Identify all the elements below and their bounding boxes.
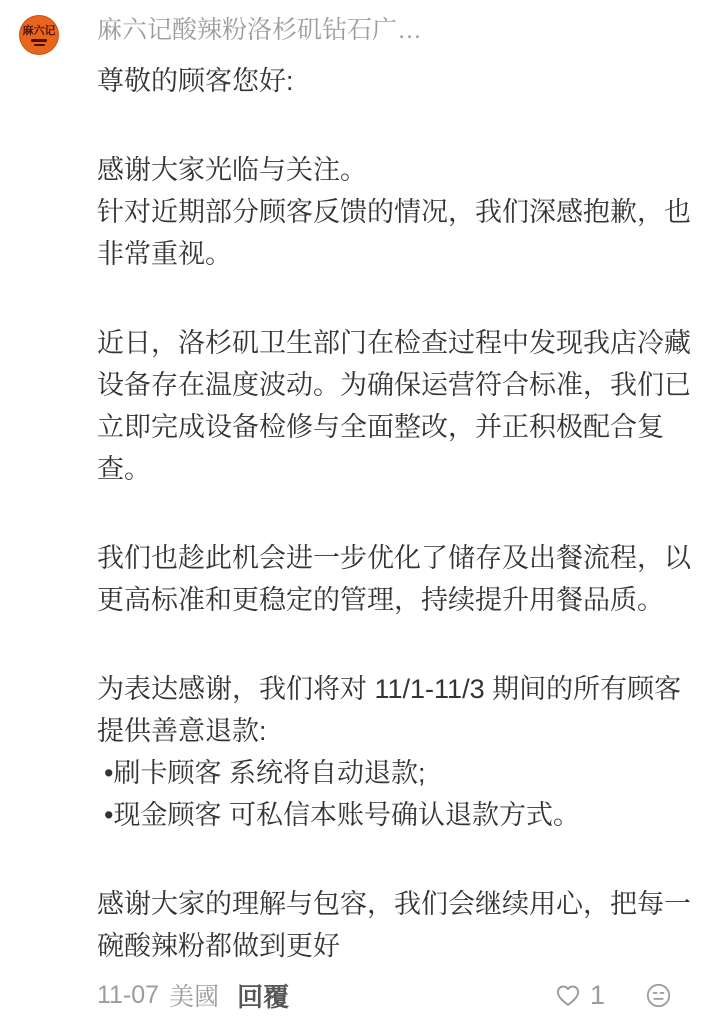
comment-text-line: 碗酸辣粉都做到更好 xyxy=(97,925,684,967)
paragraph: 为表达感谢，我们将对 11/1-11/3 期间的所有顾客 提供善意退款: •刷卡… xyxy=(97,668,684,836)
comment-text-line: 针对近期部分顾客反馈的情况，我们深感抱歉，也 xyxy=(97,191,684,233)
comment-text-line: 查。 xyxy=(97,448,684,490)
heart-outline-icon xyxy=(554,982,582,1009)
avatar-logo-text: 麻六记 xyxy=(23,25,56,37)
paragraph: 感谢大家的理解与包容，我们会继续用心，把每一 碗酸辣粉都做到更好 xyxy=(97,883,684,967)
comment-date: 11-07 xyxy=(97,981,159,1010)
comment-text-line: 为表达感谢，我们将对 11/1-11/3 期间的所有顾客 xyxy=(97,668,684,710)
comment-text-line: 近日，洛杉矶卫生部门在检查过程中发现我店冷藏 xyxy=(97,322,684,364)
comment-actions: 1 xyxy=(554,980,672,1011)
author-name[interactable]: 麻六记酸辣粉洛杉矶钻石广… xyxy=(97,15,684,45)
comment-text-line: 非常重视。 xyxy=(97,233,684,275)
comment-footer: 11-07 美國 回覆 1 xyxy=(97,978,684,1012)
comment-text-line: 提供善意退款: xyxy=(97,710,684,752)
avatar-logo-decoration xyxy=(31,39,47,42)
comment-text-line: 设备存在温度波动。为确保运营符合标准，我们已 xyxy=(97,364,684,406)
reaction-button[interactable] xyxy=(645,982,672,1009)
paragraph: 我们也趁此机会进一步优化了储存及出餐流程，以 更高标准和更稳定的管理，持续提升用… xyxy=(97,537,684,621)
comment-text-line: 尊敬的顾客您好: xyxy=(97,60,684,102)
paragraph: 尊敬的顾客您好: xyxy=(97,60,684,102)
like-count: 1 xyxy=(590,980,605,1011)
paragraph: 感谢大家光临与关注。 针对近期部分顾客反馈的情况，我们深感抱歉，也 非常重视。 xyxy=(97,149,684,275)
comment-body: 尊敬的顾客您好: 感谢大家光临与关注。 针对近期部分顾客反馈的情况，我们深感抱歉… xyxy=(97,60,684,967)
comment-location: 美國 xyxy=(169,977,219,1013)
comment-text-line: 立即完成设备检修与全面整改，并正积极配合复 xyxy=(97,406,684,448)
like-button[interactable]: 1 xyxy=(554,980,605,1011)
reply-button[interactable]: 回覆 xyxy=(237,977,289,1014)
avatar-logo-decoration xyxy=(34,44,45,46)
comment-text-line-bullet: •现金顾客 可私信本账号确认退款方式。 xyxy=(97,794,684,836)
comment-text-line: 感谢大家光临与关注。 xyxy=(97,149,684,191)
paragraph: 近日，洛杉矶卫生部门在检查过程中发现我店冷藏 设备存在温度波动。为确保运营符合标… xyxy=(97,322,684,490)
expressionless-face-icon xyxy=(645,982,672,1009)
comment-text-line: 感谢大家的理解与包容，我们会继续用心，把每一 xyxy=(97,883,684,925)
avatar[interactable]: 麻六记 xyxy=(19,15,59,55)
comment-text-line: 我们也趁此机会进一步优化了储存及出餐流程，以 xyxy=(97,537,684,579)
comment-text-line: 更高标准和更稳定的管理，持续提升用餐品质。 xyxy=(97,579,684,621)
comment-text-line-bullet: •刷卡顾客 系统将自动退款; xyxy=(97,752,684,794)
comment-item: 麻六记 麻六记酸辣粉洛杉矶钻石广… 尊敬的顾客您好: 感谢大家光临与关注。 针对… xyxy=(0,0,704,1012)
